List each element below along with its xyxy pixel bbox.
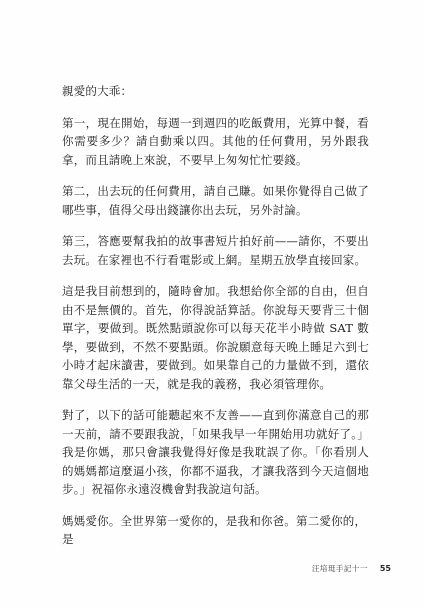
letter-paragraph-2: 第二，出去玩的任何費用，請自己賺。如果你覺得自己做了哪些事，值得父母出錢讓你出去… bbox=[62, 182, 369, 219]
book-page: 親愛的大乖： 第一，現在開始，每週一到週四的吃飯費用，光算中餐，看你需要多少？請… bbox=[0, 0, 425, 609]
letter-body: 親愛的大乖： 第一，現在開始，每週一到週四的吃飯費用，光算中餐，看你需要多少？請… bbox=[62, 82, 369, 549]
letter-paragraph-5: 對了，以下的話可能聽起來不友善——直到你滿意自己的那一天前，請不要跟我說，「如果… bbox=[62, 406, 369, 499]
page-footer: 汪培珽手記十一 55 bbox=[312, 563, 391, 574]
letter-paragraph-4: 這是我目前想到的，隨時會加。我想給你全部的自由，但自由不是無價的。首先，你得說話… bbox=[62, 282, 369, 393]
running-title: 汪培珽手記十一 bbox=[312, 563, 368, 574]
page-number: 55 bbox=[380, 564, 391, 573]
letter-closing-line: 媽媽愛你。全世界第一愛你的，是我和你爸。第二愛你的，是 bbox=[62, 512, 369, 549]
letter-paragraph-1: 第一，現在開始，每週一到週四的吃飯費用，光算中餐，看你需要多少？請自動乘以四。其… bbox=[62, 114, 369, 170]
letter-paragraph-3: 第三，答應要幫我拍的故事書短片拍好前——請你，不要出去玩。在家裡也不行看電影或上… bbox=[62, 232, 369, 269]
salutation: 親愛的大乖： bbox=[62, 82, 369, 101]
